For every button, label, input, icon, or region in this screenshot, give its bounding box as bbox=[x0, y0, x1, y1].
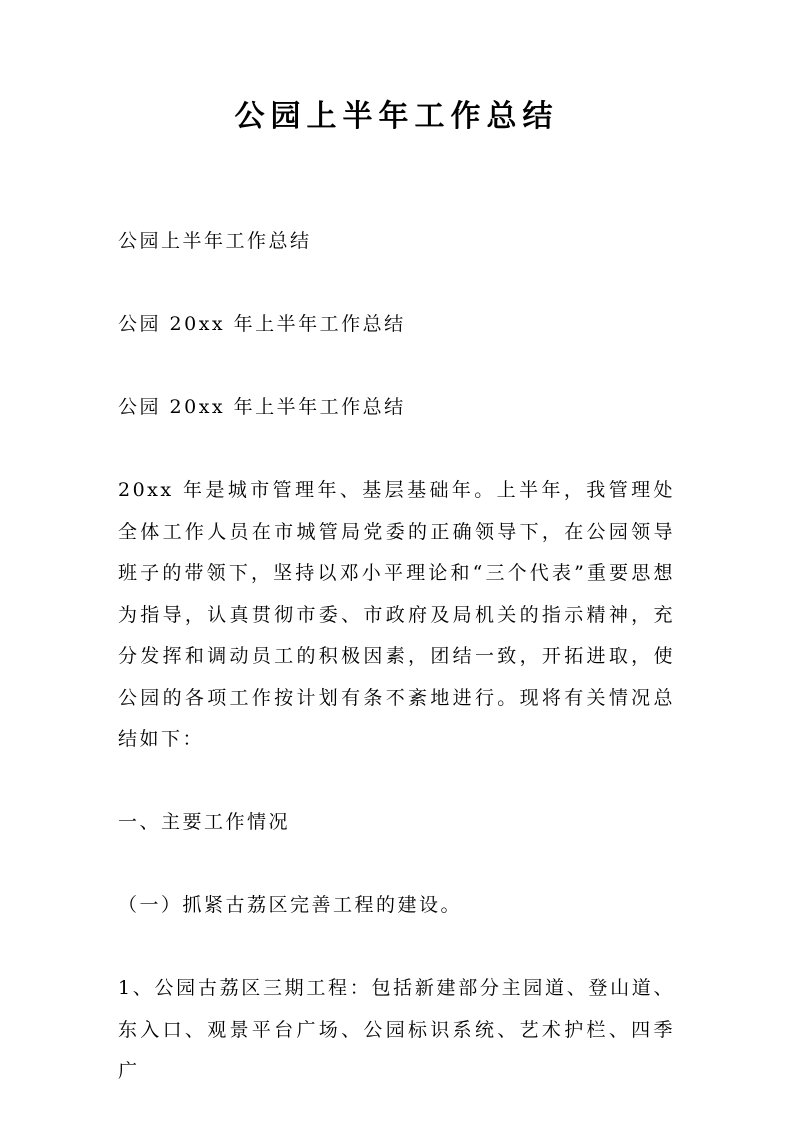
paragraph-intro: 20xx 年是城市管理年、基层基础年。上半年，我管理处全体工作人员在市城管局党委… bbox=[118, 470, 675, 761]
paragraph-subtitle-year-repeat: 公园 20xx 年上半年工作总结 bbox=[118, 387, 675, 429]
paragraph-subtitle: 公园上半年工作总结 bbox=[118, 221, 675, 263]
document-page: 公园上半年工作总结 公园上半年工作总结 公园 20xx 年上半年工作总结 公园 … bbox=[0, 0, 793, 1122]
paragraph-subtitle-year: 公园 20xx 年上半年工作总结 bbox=[118, 304, 675, 346]
paragraph-section-heading: 一、主要工作情况 bbox=[118, 802, 675, 844]
paragraph-item: 1、公园古荔区三期工程：包括新建部分主园道、登山道、东入口、观景平台广场、公园标… bbox=[118, 968, 675, 1093]
paragraph-subsection-heading: （一）抓紧古荔区完善工程的建设。 bbox=[118, 885, 675, 927]
document-title: 公园上半年工作总结 bbox=[118, 93, 675, 141]
document-body: 公园上半年工作总结 公园 20xx 年上半年工作总结 公园 20xx 年上半年工… bbox=[118, 221, 675, 1093]
